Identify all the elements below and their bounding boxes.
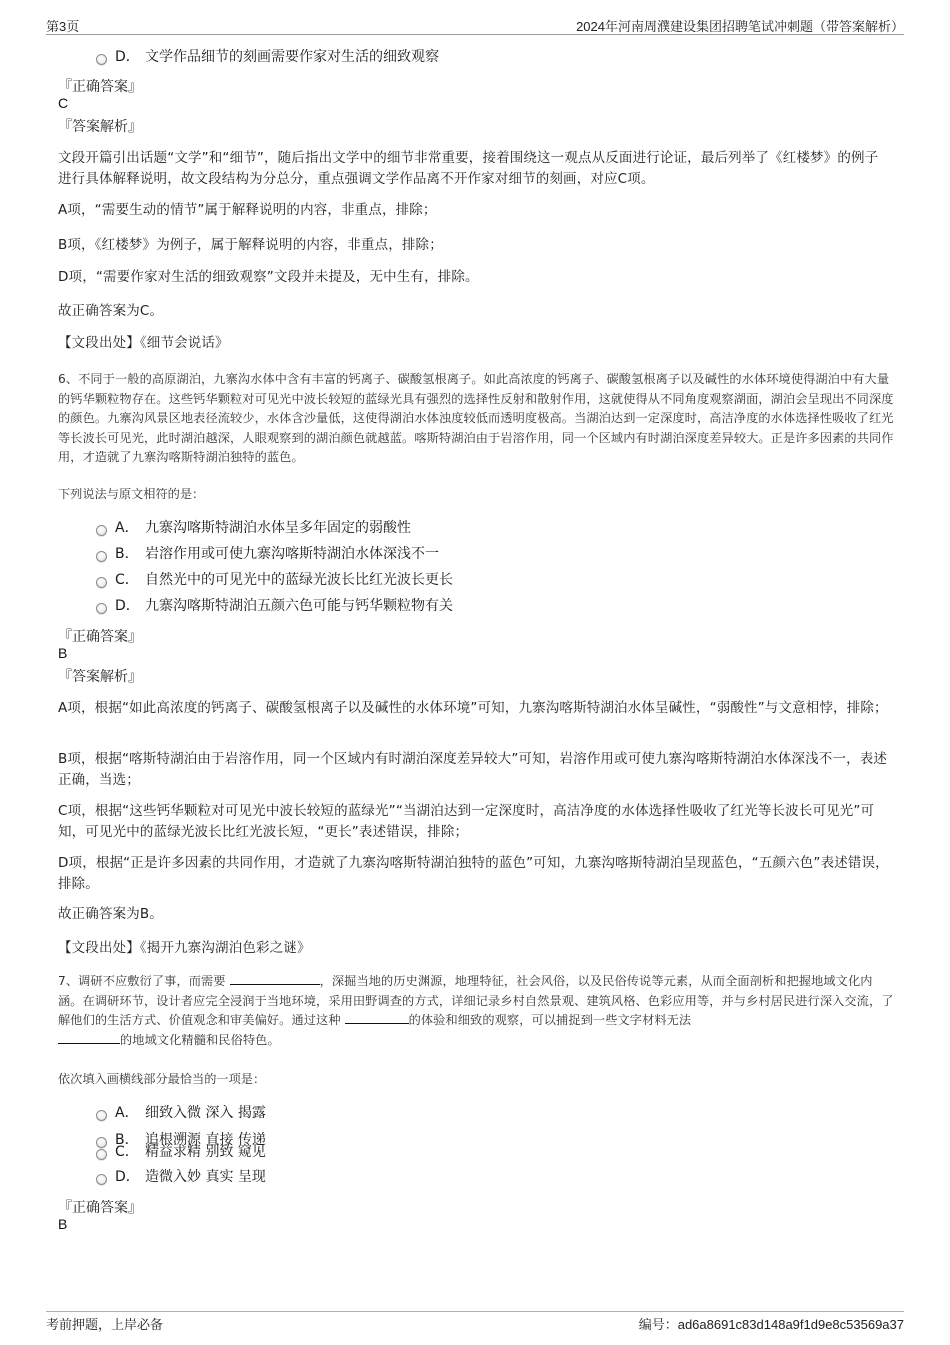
- option-text: 细致入微 深入 揭露: [145, 1104, 266, 1122]
- option-text: 岩溶作用或可使九寨沟喀斯特湖泊水体深浅不一: [145, 545, 439, 563]
- correct-answer-label: 『正确答案』: [58, 76, 142, 96]
- q7-passage: 7、调研不应敷衍了事，而需要 ，深掘当地的历史渊源，地理特征，社会风俗，以及民俗…: [58, 972, 894, 1050]
- fill-blank-2: [345, 1011, 409, 1024]
- document-title: 2024年河南周濮建设集团招聘笔试冲刺题（带答案解析）: [576, 16, 904, 35]
- radio-icon[interactable]: [96, 603, 107, 614]
- q6-option-a[interactable]: A． 九寨沟喀斯特湖泊水体呈多年固定的弱酸性: [96, 519, 411, 537]
- correct-answer-label: 『正确答案』: [58, 1197, 142, 1217]
- q7-option-c[interactable]: C． 精益求精 别致 窥见: [96, 1143, 266, 1161]
- option-text: 造微入妙 真实 呈现: [145, 1168, 266, 1186]
- analysis-paragraph: A项，“需要生动的情节”属于解释说明的内容，非重点，排除；: [58, 200, 890, 221]
- q5-option-d[interactable]: D． 文学作品细节的刻画需要作家对生活的细致观察: [96, 48, 439, 66]
- radio-icon[interactable]: [96, 525, 107, 536]
- analysis-paragraph: B项，《红楼梦》为例子，属于解释说明的内容，非重点，排除；: [58, 235, 890, 256]
- analysis-conclusion: 故正确答案为B。: [58, 904, 890, 925]
- analysis-paragraph: A项，根据“如此高浓度的钙离子、碳酸氢根离子以及碱性的水体环境”可知，九寨沟喀斯…: [58, 698, 890, 719]
- source-citation: 【文段出处】《揭开九寨沟湖泊色彩之谜》: [58, 938, 890, 959]
- q6-option-c[interactable]: C． 自然光中的可见光中的蓝绿光波长比红光波长更长: [96, 571, 453, 589]
- option-text: 自然光中的可见光中的蓝绿光波长比红光波长更长: [145, 571, 453, 589]
- q7-prompt: 依次填入画横线部分最恰当的一项是：: [58, 1070, 265, 1087]
- radio-icon[interactable]: [96, 1110, 107, 1121]
- page-number: 第3页: [46, 16, 79, 35]
- fill-blank-3: [58, 1031, 120, 1044]
- q6-prompt: 下列说法与原文相符的是：: [58, 485, 204, 502]
- correct-answer-value: B: [58, 1216, 67, 1232]
- q6-passage: 6、不同于一般的高原湖泊，九寨沟水体中含有丰富的钙离子、碳酸氢根离子。如此高浓度…: [58, 370, 894, 468]
- fill-blank-1: [230, 972, 320, 985]
- source-citation: 【文段出处】《细节会说话》: [58, 333, 890, 354]
- analysis-paragraph: D项，根据“正是许多因素的共同作用，才造就了九寨沟喀斯特湖泊独特的蓝色”可知，九…: [58, 853, 890, 895]
- analysis-paragraph: 文段开篇引出话题“文学”和“细节”，随后指出文学中的细节非常重要，接着围绕这一观…: [58, 148, 890, 190]
- footer-slogan: 考前押题，上岸必备: [46, 1314, 163, 1333]
- header-divider: [46, 34, 904, 35]
- option-text: 九寨沟喀斯特湖泊水体呈多年固定的弱酸性: [145, 519, 411, 537]
- option-text: 文学作品细节的刻画需要作家对生活的细致观察: [145, 48, 439, 66]
- analysis-paragraph: C项，根据“这些钙华颗粒对可见光中波长较短的蓝绿光”“当湖泊达到一定深度时，高洁…: [58, 801, 890, 843]
- option-text: 精益求精 别致 窥见: [145, 1143, 266, 1161]
- analysis-label: 『答案解析』: [58, 116, 142, 136]
- q6-option-b[interactable]: B． 岩溶作用或可使九寨沟喀斯特湖泊水体深浅不一: [96, 545, 439, 563]
- analysis-conclusion: 故正确答案为C。: [58, 301, 890, 322]
- radio-icon[interactable]: [96, 1174, 107, 1185]
- footer-divider: [46, 1311, 904, 1312]
- radio-icon[interactable]: [96, 54, 107, 65]
- q7-option-a[interactable]: A． 细致入微 深入 揭露: [96, 1104, 266, 1122]
- option-text: 九寨沟喀斯特湖泊五颜六色可能与钙华颗粒物有关: [145, 597, 453, 615]
- radio-icon[interactable]: [96, 1149, 107, 1160]
- correct-answer-value: C: [58, 95, 68, 111]
- serial-number: 编号：ad6a8691c83d148a9f1d9e8c53569a37: [639, 1314, 904, 1333]
- analysis-label: 『答案解析』: [58, 666, 142, 686]
- radio-icon[interactable]: [96, 551, 107, 562]
- analysis-paragraph: D项，“需要作家对生活的细致观察”文段并未提及，无中生有，排除。: [58, 267, 890, 288]
- correct-answer-label: 『正确答案』: [58, 626, 142, 646]
- q6-option-d[interactable]: D． 九寨沟喀斯特湖泊五颜六色可能与钙华颗粒物有关: [96, 597, 453, 615]
- analysis-paragraph: B项，根据“喀斯特湖泊由于岩溶作用，同一个区域内有时湖泊深度差异较大”可知，岩溶…: [58, 749, 890, 791]
- q7-option-d[interactable]: D． 造微入妙 真实 呈现: [96, 1168, 266, 1186]
- radio-icon[interactable]: [96, 577, 107, 588]
- correct-answer-value: B: [58, 645, 67, 661]
